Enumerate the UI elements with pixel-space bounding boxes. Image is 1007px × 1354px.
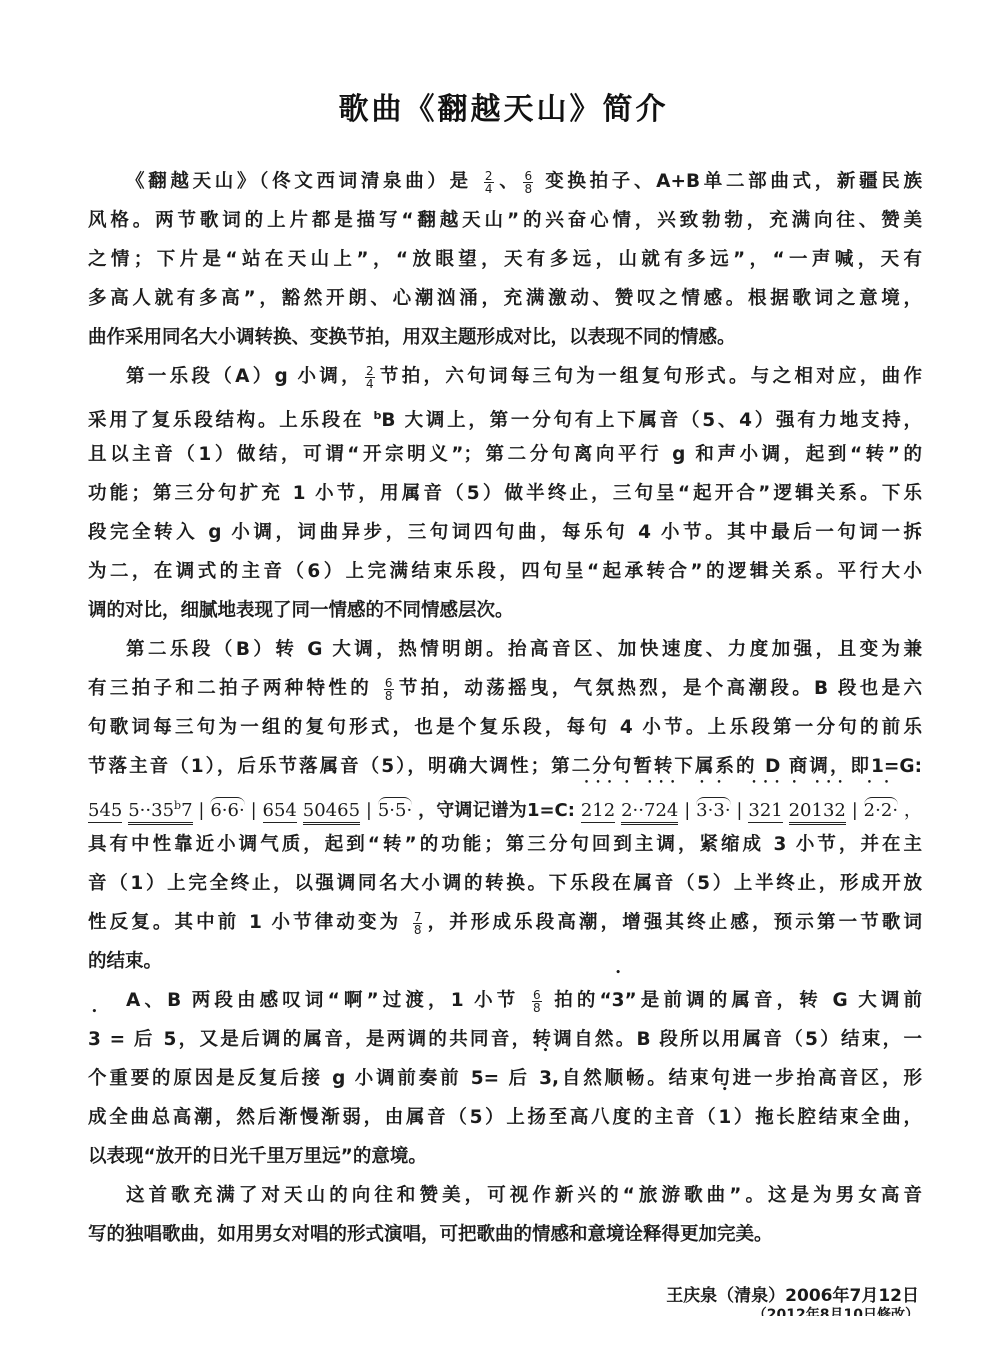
page-title: 歌曲《翻越天山》简介 [0, 84, 1007, 128]
fraction-numerator: 7 [413, 911, 423, 924]
text-line: 第一乐段（A）g 小调，24节拍，六句词每三句为一组复句形式。与之相对应，曲作 [88, 357, 922, 396]
text-line: 写的独唱歌曲，如用男女对唱的形式演唱，可把歌曲的情感和意境诠释得更加完美。 [88, 1215, 922, 1254]
text-line: 多高人就有多高”，豁然开朗、心潮汹涌，充满激动、赞叹之情感。根据歌词之意境， [88, 279, 922, 318]
notation-label: ，守调记谱为1=C: [418, 800, 575, 821]
text-line: 3 = 后 5，又是后调的属音，是两调的共同音，转调自然。B 段所以用属音（5）… [88, 1020, 922, 1059]
note-group: 321 [748, 800, 782, 823]
flat-sign: b [174, 799, 181, 812]
text-line: 采用了复乐段结构。上乐段在 bB 大调上，第一分句有上下属音（5、4）强有力地支… [88, 396, 922, 435]
text-line: 以表现“放开的日光千里万里远”的意境。 [88, 1137, 922, 1176]
high-octave-note: 1 [812, 791, 823, 830]
time-signature-fraction: 24 [484, 170, 494, 195]
text-line: 调的对比，细腻地表现了同一情感的不同情感层次。 [88, 591, 922, 630]
bar-line: | [366, 800, 378, 821]
bar-line: | [852, 800, 864, 821]
fraction-numerator: 2 [365, 365, 375, 378]
flat-sign: b [374, 409, 382, 422]
fraction-denominator: 4 [366, 378, 374, 390]
paragraph: A、B 两段由感叹词“啊”过渡，1 小节 68 拍的“3”是前调的属音，转 G … [88, 981, 922, 1176]
high-octave-note: 1 [718, 1098, 731, 1137]
high-octave-note: 2 [760, 791, 771, 830]
high-octave-note: 2 [789, 791, 800, 830]
high-octave-note: 2 [581, 791, 592, 830]
time-signature-fraction: 68 [384, 677, 394, 702]
fraction-numerator: 6 [384, 677, 394, 690]
text-line: 具有中性靠近小调气质，起到“转”的功能；第三分句回到主调，紧缩成 3 小节，并在… [88, 825, 922, 864]
high-octave-note: 2 [864, 791, 875, 830]
time-signature-fraction: 78 [413, 911, 423, 936]
high-octave-note: 1 [198, 435, 211, 474]
text-line: 成全曲总高潮，然后渐慢渐弱，由属音（5）上扬至高八度的主音（1）拖长腔结束全曲， [88, 1098, 922, 1137]
text-line: 音（1）上完全终止，以强调同名大小调的转换。下乐段在属音（5）上半终止，形成开放 [88, 864, 922, 903]
note-group: 3·3· [696, 797, 730, 821]
high-octave-note: 2 [604, 791, 615, 830]
note-group: 212 [581, 800, 615, 823]
bar-line: | [251, 800, 263, 821]
high-octave-note: 1 [592, 791, 603, 830]
text-line: 有三拍子和二拍子两种特性的 68节拍，动荡摇曳，气氛热烈，是个高潮段。B 段也是… [88, 669, 922, 708]
paragraph: 《翻越天山》（佟文西词清泉曲）是 24、68 变换拍子、A+B单二部曲式，新疆民… [88, 162, 922, 357]
note-group: 545 [88, 800, 122, 823]
text-line: 性反复。其中前 1 小节律动变为 78，并形成乐段高潮，增强其终止感，预示第一节… [88, 903, 922, 942]
text-line: 第二乐段（B）转 G 大调，热情明朗。抬高音区、加快速度、力度加强，且变为兼 [88, 630, 922, 669]
fraction-numerator: 2 [484, 170, 494, 183]
jianpu-notation-line: 545 5··35b7 | 6·6· | 654 50465 | 5·5· ，守… [88, 786, 922, 825]
text-line: 个重要的原因是反复后接 g 小调前奏前 5= 后 3,自然顺畅。结束句进一步抬高… [88, 1059, 922, 1098]
text-line: 段完全转入 g 小调，词曲异步，三句词四句曲，每乐句 4 小节。其中最后一句词一… [88, 513, 922, 552]
high-octave-note: 2 [881, 791, 892, 830]
text-line: 句歌词每三句为一组的复句形式，也是个复乐段，每句 4 小节。上乐段第一分句的前乐 [88, 708, 922, 747]
text-line: A、B 两段由感叹词“啊”过渡，1 小节 68 拍的“3”是前调的属音，转 G … [88, 981, 922, 1020]
high-octave-note: 3 [713, 791, 724, 830]
high-octave-note: 3 [539, 1059, 552, 1098]
fraction-denominator: 8 [414, 924, 422, 936]
fraction-denominator: 8 [533, 1002, 541, 1014]
bar-line: | [684, 800, 696, 821]
note-group: 50465 [303, 800, 360, 825]
note-group: 2··724 [621, 800, 678, 825]
high-octave-note: 3 [88, 1020, 101, 1059]
fraction-numerator: 6 [532, 989, 542, 1002]
high-octave-note: 3 [748, 791, 759, 830]
note-group: 5··35b7 [128, 800, 192, 825]
note-group: 2·2· [864, 797, 898, 821]
text-line: 《翻越天山》（佟文西词清泉曲）是 24、68 变换拍子、A+B单二部曲式，新疆民… [88, 162, 922, 201]
high-octave-note: 2 [655, 791, 666, 830]
high-octave-note: 3 [696, 791, 707, 830]
high-octave-note: 4 [667, 791, 678, 830]
high-octave-note: 2 [621, 791, 632, 830]
note-group: 6·6· [210, 797, 244, 821]
high-octave-note: 1 [771, 791, 782, 830]
high-octave-note: 2 [834, 791, 845, 830]
high-octave-note: 3 [823, 791, 834, 830]
text-line: 且以主音（1）做结，可谓“开宗明义”；第二分句离向平行 g 和声小调，起到“转”… [88, 435, 922, 474]
note-group: 5·5· [378, 797, 412, 821]
fraction-numerator: 6 [523, 170, 533, 183]
paragraph: 第一乐段（A）g 小调，24节拍，六句词每三句为一组复句形式。与之相对应，曲作采… [88, 357, 922, 630]
text-line: 功能；第三分句扩充 1 小节，用属音（5）做半终止，三句呈“起开合”逻辑关系。下… [88, 474, 922, 513]
time-signature-fraction: 68 [523, 170, 533, 195]
text-line: 风格。两节歌词的上片都是描写“翻越天山”的兴奋心情，兴致勃勃，充满向往、赞美 [88, 201, 922, 240]
note-group: 20132 [789, 800, 846, 825]
text-line: 之情；下片是“站在天山上”，“放眼望，天有多远，山就有多远”，“一声喊，天有 [88, 240, 922, 279]
high-octave-note: 7 [644, 791, 655, 830]
text-line: 曲作采用同名大小调转换、变换节拍，用双主题形成对比，以表现不同的情感。 [88, 318, 922, 357]
document-page: 歌曲《翻越天山》简介 《翻越天山》（佟文西词清泉曲）是 24、68 变换拍子、A… [0, 0, 1007, 1354]
high-octave-note: 3 [612, 981, 625, 1020]
document-body: 《翻越天山》（佟文西词清泉曲）是 24、68 变换拍子、A+B单二部曲式，新疆民… [88, 162, 922, 1254]
paragraph: 第二乐段（B）转 G 大调，热情明朗。抬高音区、加快速度、力度加强，且变为兼有三… [88, 630, 922, 981]
bar-line: | [198, 800, 210, 821]
fraction-denominator: 8 [524, 183, 532, 195]
text-line: 这首歌充满了对天山的向往和赞美，可视作新兴的“旅游歌曲”。这是为男女高音 [88, 1176, 922, 1215]
fraction-denominator: 4 [485, 183, 493, 195]
text-line: 的结束。 [88, 942, 922, 981]
time-signature-fraction: 68 [532, 989, 542, 1014]
paragraph: 这首歌充满了对天山的向往和赞美，可视作新兴的“旅游歌曲”。这是为男女高音写的独唱… [88, 1176, 922, 1254]
fraction-denominator: 8 [385, 690, 393, 702]
author-signature: 王庆泉（清泉）2006年7月12日 [666, 1281, 919, 1306]
text-line: 为二，在调式的主音（6）上完满结束乐段，四句呈“起承转合”的逻辑关系。平行大小 [88, 552, 922, 591]
revision-note: （2012年8月10日修改） [753, 1306, 919, 1316]
note-group: 654 [263, 800, 297, 823]
time-signature-fraction: 24 [365, 365, 375, 390]
bar-line: | [736, 800, 748, 821]
